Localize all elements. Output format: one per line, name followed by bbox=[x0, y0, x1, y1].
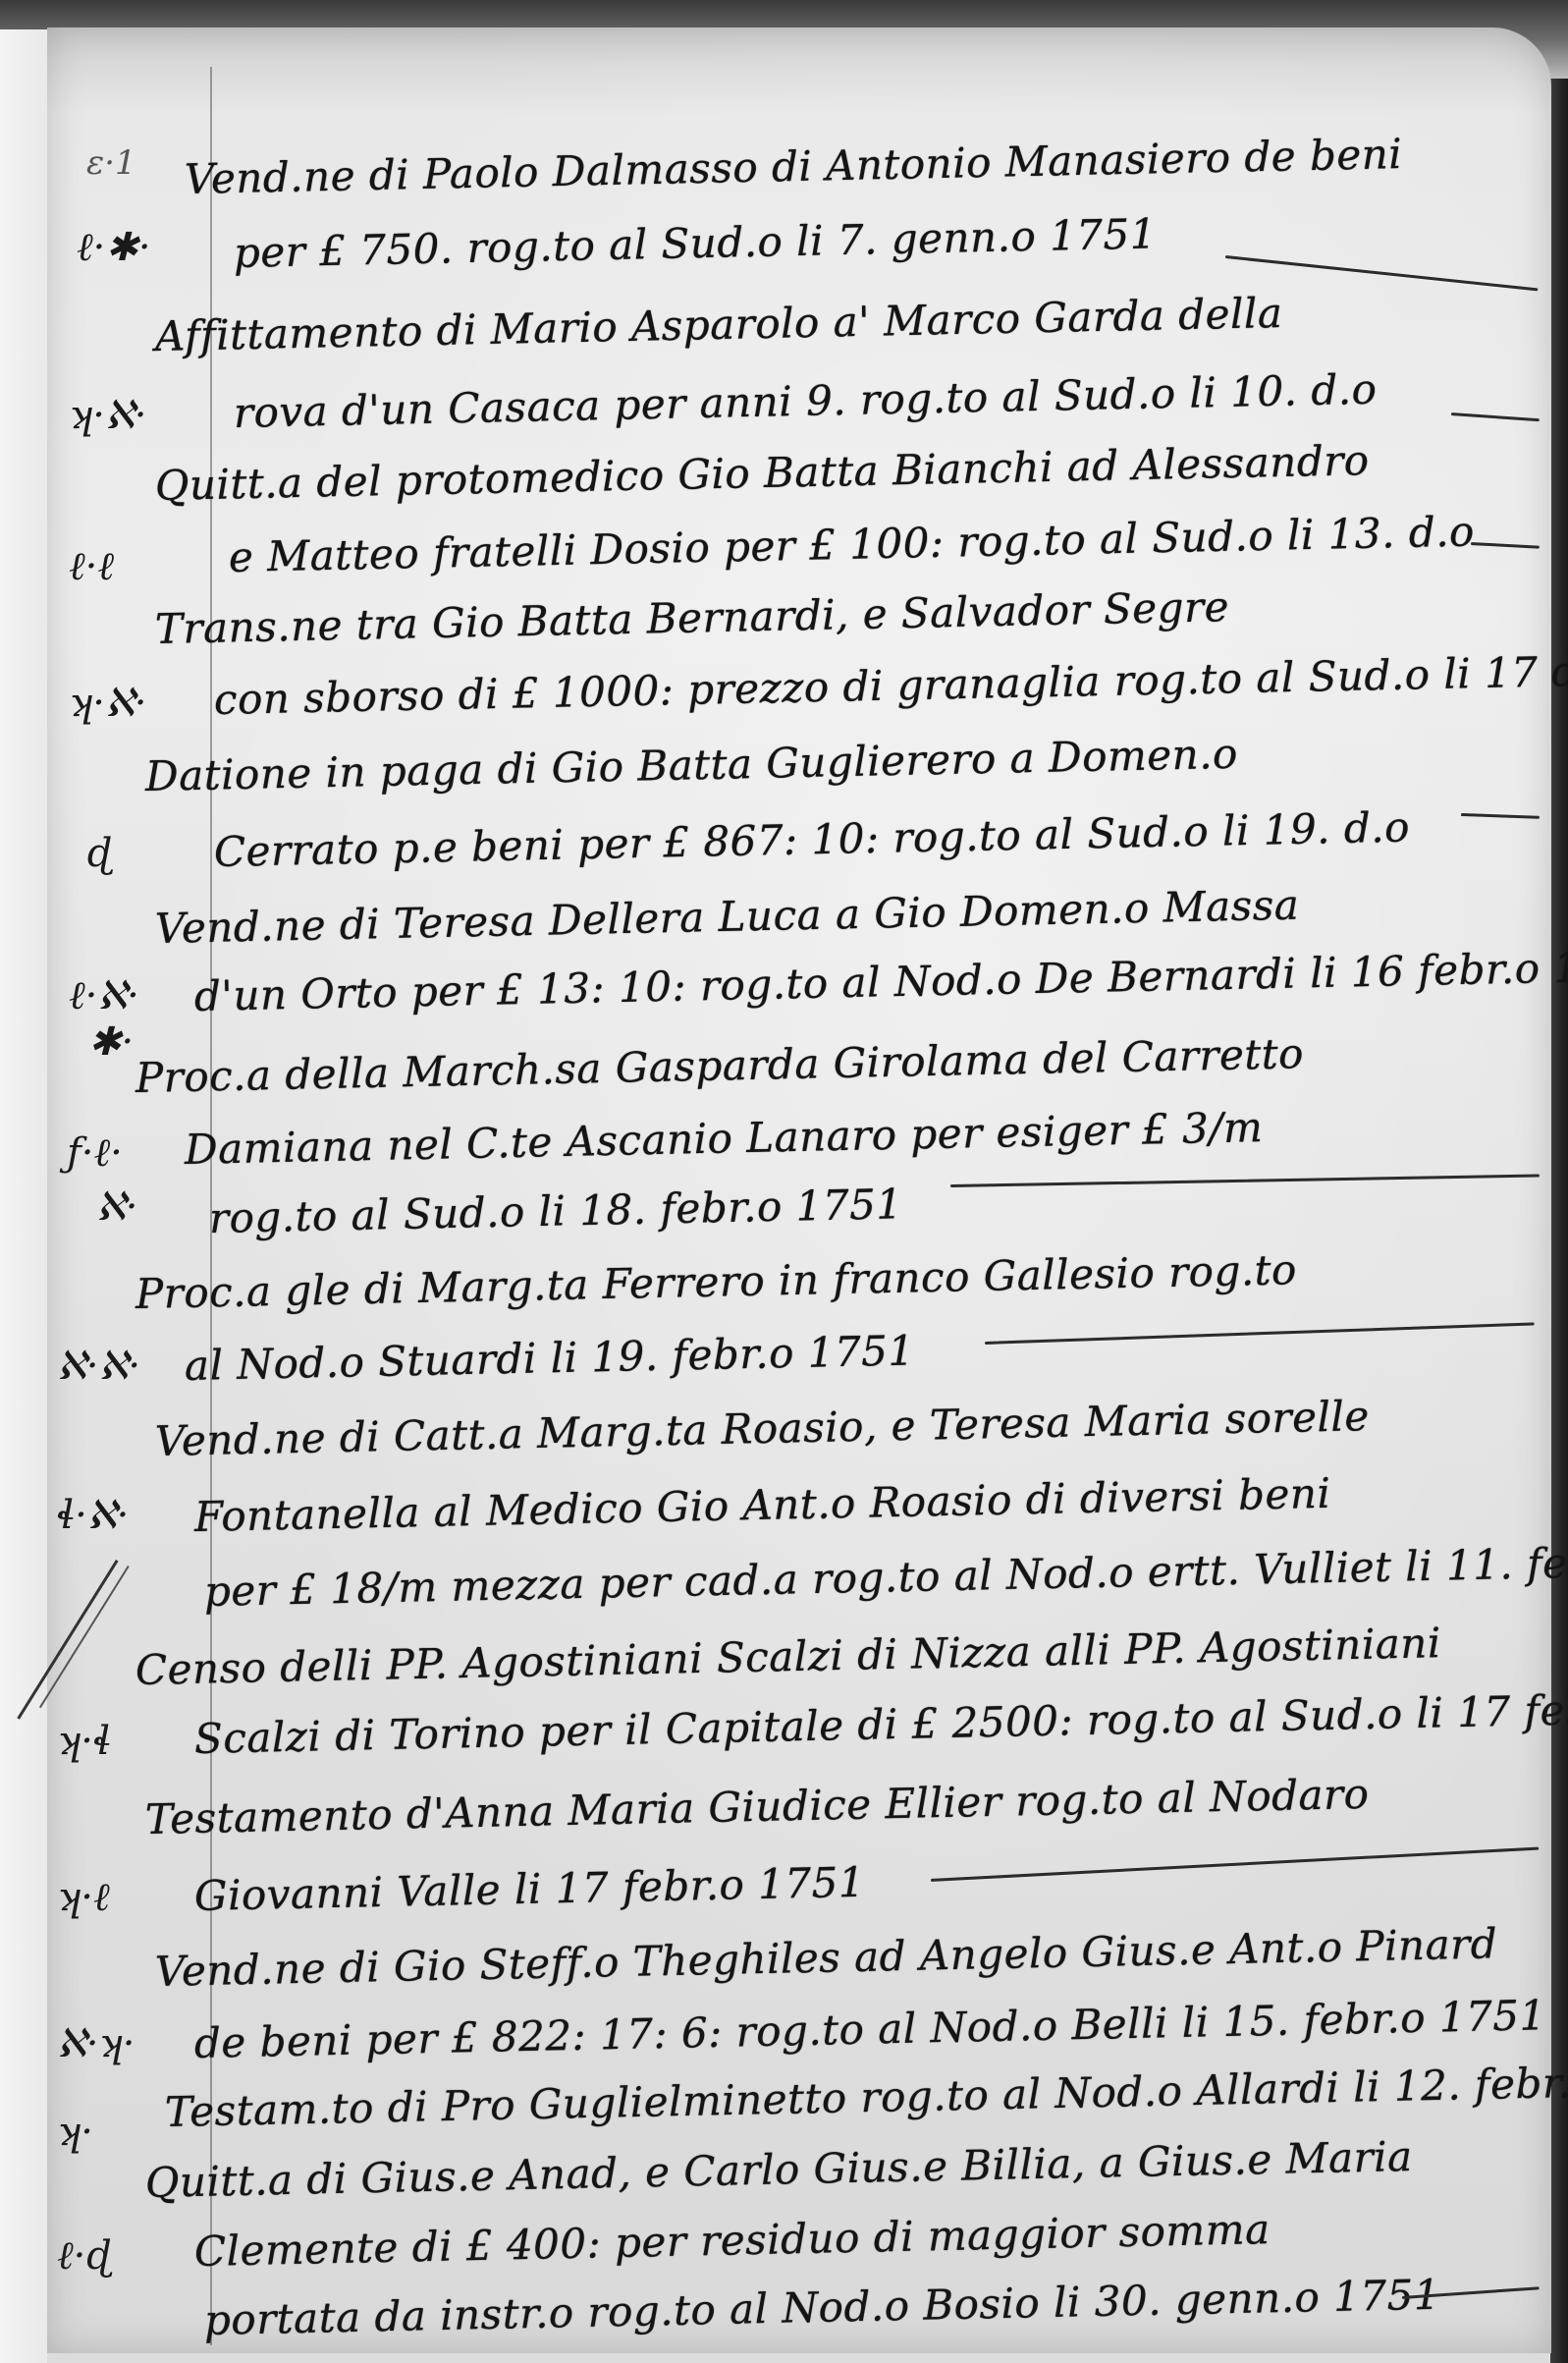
entry-line: Vend.ne di Catt.a Marg.ta Roasio, e Tere… bbox=[154, 1392, 1370, 1465]
margin-note: ɖ bbox=[86, 831, 112, 876]
margin-note: ℓ·ℵ· bbox=[69, 972, 139, 1018]
entry-closing-stroke bbox=[931, 1847, 1539, 1882]
margin-note: ε·1 bbox=[86, 143, 136, 183]
margin-note: ℓ·ℓ bbox=[69, 543, 114, 589]
entry-closing-stroke bbox=[950, 1175, 1540, 1187]
entry-line: Quitt.a di Gius.e Anad, e Carlo Gius.e B… bbox=[144, 2132, 1413, 2207]
scan-left-edge bbox=[0, 29, 47, 2363]
margin-note: ℵ·ʞ· bbox=[57, 2021, 135, 2066]
entry-line: Datione in paga di Gio Batta Guglierero … bbox=[144, 730, 1238, 800]
margin-note: ʞ·ℵ· bbox=[69, 393, 146, 438]
entry-line: rog.to al Sud.o li 18. febr.o 1751 bbox=[208, 1180, 902, 1242]
margin-note: ʞ·ɬ bbox=[57, 1719, 111, 1764]
entry-closing-stroke bbox=[1471, 542, 1540, 549]
entry-line: Censo delli PP. Agostiniani Scalzi di Ni… bbox=[135, 1619, 1441, 1694]
entry-line: rova d'un Casaca per anni 9. rog.to al S… bbox=[233, 365, 1377, 437]
entry-line: al Nod.o Stuardi li 19. febr.o 1751 bbox=[184, 1326, 915, 1390]
entry-closing-stroke bbox=[985, 1322, 1535, 1345]
margin-note: ʞ·ℓ bbox=[57, 1874, 110, 1920]
entry-line: Trans.ne tra Gio Batta Bernardi, e Salva… bbox=[154, 582, 1229, 653]
entry-line: Giovanni Valle li 17 febr.o 1751 bbox=[193, 1858, 865, 1920]
entry-closing-stroke bbox=[1451, 412, 1540, 421]
entry-closing-stroke bbox=[1461, 813, 1540, 819]
entry-line: Vend.ne di Paolo Dalmasso di Antonio Man… bbox=[184, 130, 1402, 203]
margin-note: ƒ·ℓ· bbox=[67, 1129, 123, 1176]
entry-line: portata da instr.o rog.to al Nod.o Bosio… bbox=[203, 2271, 1440, 2344]
margin-note: ℓ·ɖ bbox=[57, 2232, 111, 2279]
margin-note: ℓ·✱· bbox=[77, 224, 151, 270]
entry-line: Proc.a gle di Marg.ta Ferrero in franco … bbox=[135, 1245, 1297, 1318]
entry-line: Testam.to di Pro Guglielminetto rog.to a… bbox=[164, 2056, 1568, 2136]
margin-note: ✱· bbox=[88, 1019, 134, 1065]
entry-line: per £ 750. rog.to al Sud.o li 7. genn.o … bbox=[233, 209, 1157, 277]
entry-line: Affittamento di Mario Asparolo a' Marco … bbox=[154, 289, 1282, 360]
entry-line: Clemente di £ 400: per residuo di maggio… bbox=[193, 2205, 1271, 2276]
entry-line: Testamento d'Anna Maria Giudice Ellier r… bbox=[144, 1770, 1369, 1843]
entry-line: con sborso di £ 1000: prezzo di granagli… bbox=[213, 646, 1568, 724]
margin-note: ʞ· bbox=[57, 2110, 93, 2155]
entry-line: Proc.a della March.sa Gasparda Girolama … bbox=[135, 1029, 1304, 1102]
entry-line: Fontanella al Medico Gio Ant.o Roasio di… bbox=[193, 1469, 1330, 1541]
entry-line: Vend.ne di Gio Steff.o Theghiles ad Ange… bbox=[154, 1919, 1497, 1996]
margin-note: ʞ·ℵ· bbox=[69, 681, 146, 726]
entry-line: e Matteo fratelli Dosio per £ 100: rog.t… bbox=[228, 507, 1475, 581]
entry-line: Vend.ne di Teresa Dellera Luca a Gio Dom… bbox=[154, 881, 1299, 953]
marginal-bracket-stroke bbox=[39, 1566, 130, 1708]
entry-line: d'un Orto per £ 13: 10: rog.to al Nod.o … bbox=[193, 942, 1568, 1020]
entry-line: Damiana nel C.te Ascanio Lanaro per esig… bbox=[184, 1103, 1263, 1174]
manuscript-page: ε·1 ℓ·✱· Vend.ne di Paolo Dalmasso di An… bbox=[47, 27, 1551, 2353]
entry-line: Scalzi di Torino per il Capitale di £ 25… bbox=[193, 1681, 1568, 1763]
entry-line: Quitt.a del protomedico Gio Batta Bianch… bbox=[154, 436, 1370, 510]
margin-note: ℵ· bbox=[96, 1184, 138, 1230]
entry-line: per £ 18/m mezza per cad.a rog.to al Nod… bbox=[203, 1535, 1568, 1616]
margin-note: ɬ·ℵ· bbox=[57, 1493, 129, 1538]
entry-closing-stroke bbox=[1225, 255, 1539, 291]
book-spine-shadow bbox=[1550, 79, 1568, 2363]
entry-line: Cerrato p.e beni per £ 867: 10: rog.to a… bbox=[213, 802, 1410, 875]
margin-note: ℵ·ℵ· bbox=[57, 1344, 140, 1389]
entry-line: de beni per £ 822: 17: 6: rog.to al Nod.… bbox=[193, 1991, 1546, 2067]
